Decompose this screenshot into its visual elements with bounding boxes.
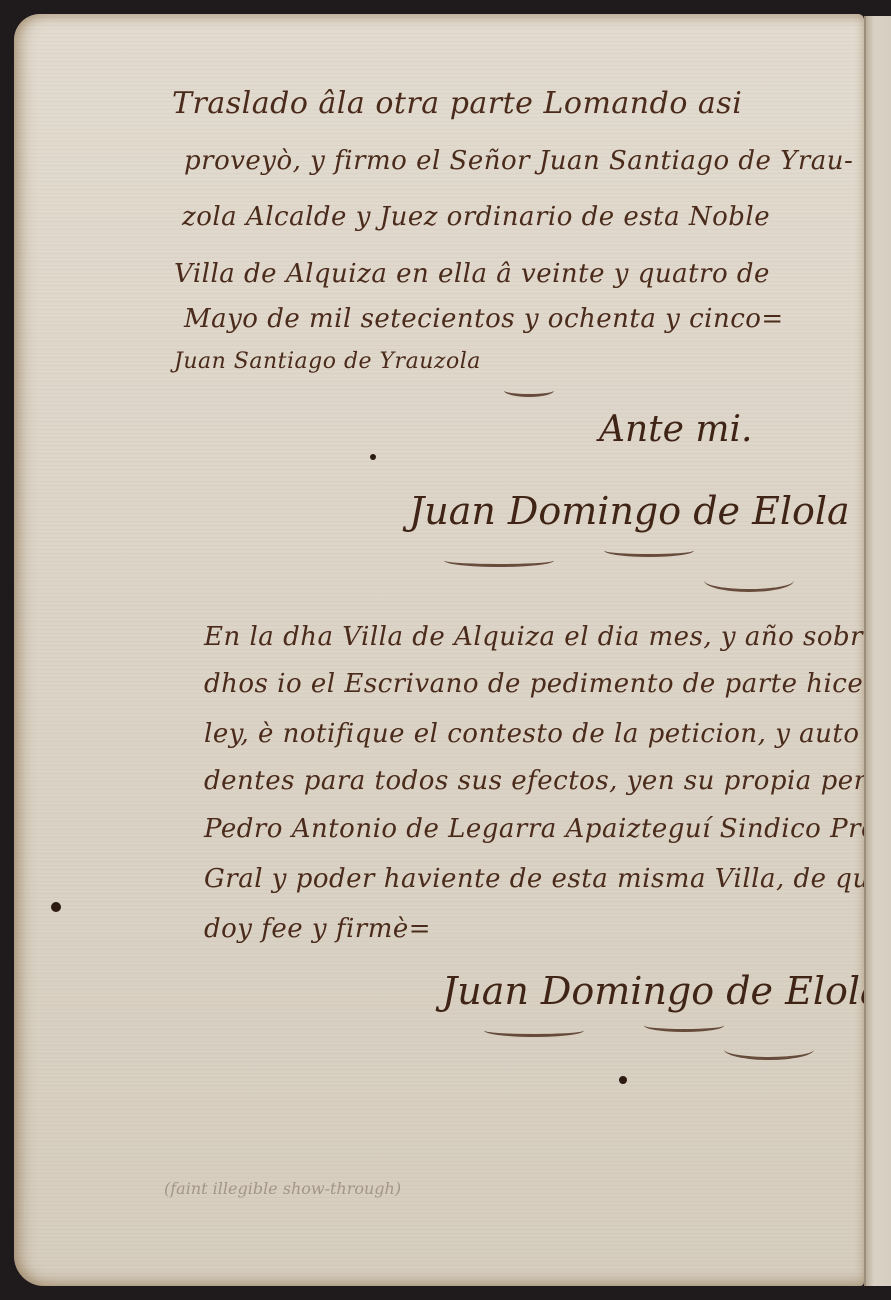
notary-signature: Juan Domingo de Elola [442,969,883,1013]
signer-name: Juan Santiago de Yrauzola [174,349,481,374]
text-line: Villa de Alquiza en ella â veinte y quat… [174,259,770,289]
rubric-flourish [644,1019,724,1032]
text-line: doy fee y firmè= [204,914,431,944]
rubric-flourish [724,1039,814,1060]
rubric-flourish [604,544,694,557]
text-line: dentes para todos sus efectos, yen su pr… [204,766,891,796]
text-line: En la dha Villa de Alquiza el dia mes, y… [204,622,888,652]
text-line: Pedro Antonio de Legarra Apaizteguí Sind… [204,814,890,844]
ink-spot [51,902,61,912]
rubric-flourish [704,569,794,592]
adjacent-page-edge [864,16,891,1286]
bleed-through-text: (faint illegible show-through) [164,1179,401,1198]
text-line: Gral y poder haviente de esta misma Vill… [204,864,886,894]
ink-spot [619,1076,627,1084]
rubric-flourish [444,554,554,567]
text-line: Mayo de mil setecientos y ochenta y cinc… [184,304,784,334]
rubric-flourish [504,384,554,397]
text-line: ley, è notifique el contesto de la petic… [204,719,891,749]
text-line: proveyò, y firmo el Señor Juan Santiago … [184,146,853,176]
text-line: Traslado âla otra parte Lomando asi [172,86,742,121]
ante-mi-notation: Ante mi. [599,409,753,450]
text-line: zola Alcalde y Juez ordinario de esta No… [182,202,770,232]
manuscript-page: Traslado âla otra parte Lomando asi prov… [14,14,864,1286]
text-line: dhos io el Escrivano de pedimento de par… [204,669,891,699]
rubric-flourish [484,1024,584,1037]
ink-spot [370,454,376,460]
notary-signature: Juan Domingo de Elola [409,489,850,533]
